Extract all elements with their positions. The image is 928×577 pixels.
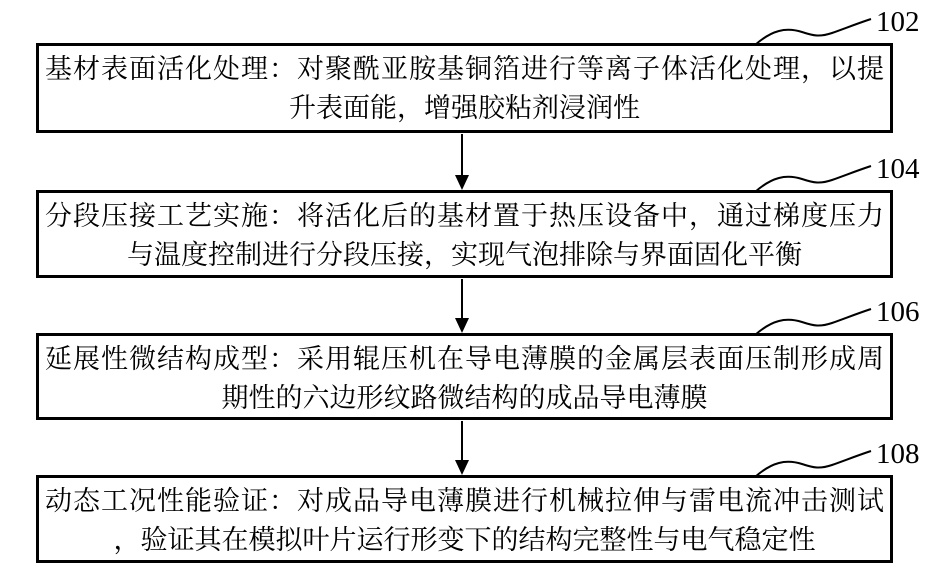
flowchart-figure: 102 基材表面活化处理：对聚酰亚胺基铜箔进行等离子体活化处理，以提 升表面能，… xyxy=(0,0,928,577)
leader-line-icon xyxy=(754,18,872,46)
step-box-performance-verification: 动态工况性能验证：对成品导电薄膜进行机械拉伸与雷电流冲击测试 ，验证其在模拟叶片… xyxy=(36,475,893,563)
ref-label-102: 102 xyxy=(754,6,926,46)
leader-line-icon xyxy=(754,450,872,478)
ref-number: 108 xyxy=(876,438,920,470)
step-box-microstructure-forming: 延展性微结构成型：采用辊压机在导电薄膜的金属层表面压制形成周 期性的六边形纹路微… xyxy=(36,333,893,420)
ref-label-106: 106 xyxy=(754,296,926,336)
arrow-head-icon xyxy=(455,175,469,190)
step-text-line1: 延展性微结构成型：采用辊压机在导电薄膜的金属层表面压制形成周 xyxy=(45,340,884,379)
leader-line-icon xyxy=(754,165,872,193)
ref-number: 104 xyxy=(876,153,920,185)
ref-number: 106 xyxy=(876,296,920,328)
step-text-line2: 与温度控制进行分段压接，实现气泡排除与界面固化平衡 xyxy=(45,236,884,275)
flow-arrow-down xyxy=(455,421,469,475)
step-text-line2: 期性的六边形纹路微结构的成品导电薄膜 xyxy=(45,379,884,418)
step-text-line2: 升表面能，增强胶粘剂浸润性 xyxy=(45,89,884,128)
step-text-line1: 分段压接工艺实施：将活化后的基材置于热压设备中，通过梯度压力 xyxy=(45,197,884,236)
leader-line-icon xyxy=(754,308,872,336)
arrow-stem xyxy=(461,134,463,175)
step-text-line1: 基材表面活化处理：对聚酰亚胺基铜箔进行等离子体活化处理，以提 xyxy=(45,50,884,89)
ref-number: 102 xyxy=(876,6,920,38)
arrow-head-icon xyxy=(455,460,469,475)
ref-label-108: 108 xyxy=(754,438,926,478)
ref-label-104: 104 xyxy=(754,153,926,193)
arrow-head-icon xyxy=(455,318,469,333)
step-box-segmented-pressing: 分段压接工艺实施：将活化后的基材置于热压设备中，通过梯度压力 与温度控制进行分段… xyxy=(36,190,893,278)
step-box-surface-activation: 基材表面活化处理：对聚酰亚胺基铜箔进行等离子体活化处理，以提 升表面能，增强胶粘… xyxy=(36,43,893,133)
step-text-line1: 动态工况性能验证：对成品导电薄膜进行机械拉伸与雷电流冲击测试 xyxy=(45,482,884,521)
step-text-line2: ，验证其在模拟叶片运行形变下的结构完整性与电气稳定性 xyxy=(45,521,884,560)
flow-arrow-down xyxy=(455,279,469,333)
flow-arrow-down xyxy=(455,134,469,190)
arrow-stem xyxy=(461,421,463,460)
arrow-stem xyxy=(461,279,463,318)
